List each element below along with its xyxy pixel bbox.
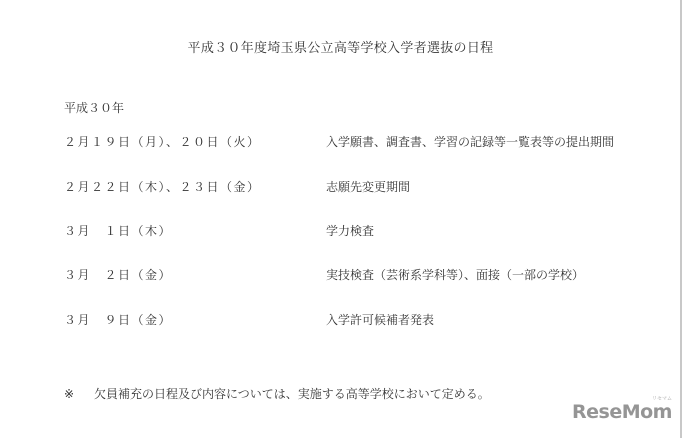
document-title: 平成３０年度埼玉県公立高等学校入学者選抜の日程 bbox=[0, 37, 681, 56]
schedule-date: ３月 ９日（金） bbox=[64, 311, 172, 328]
schedule-event: 志願先変更期間 bbox=[326, 178, 410, 195]
schedule-event: 入学願書、調査書、学習の記録等一覧表等の提出期間 bbox=[326, 133, 614, 150]
schedule-event: 実技検査（芸術系学科等）、面接（一部の学校） bbox=[326, 266, 584, 283]
schedule-row: ２月１９日（月）、２０日（火） 入学願書、調査書、学習の記録等一覧表等の提出期間 bbox=[0, 133, 681, 149]
resemom-watermark-logo: ReseMom リセマム bbox=[572, 401, 672, 423]
watermark-sub: リセマム bbox=[652, 395, 672, 402]
schedule-date: ２月２２日（木）、２３日（金） bbox=[64, 178, 261, 195]
schedule-event: 入学許可候補者発表 bbox=[326, 311, 434, 328]
era-label: 平成３０年 bbox=[64, 99, 124, 116]
schedule-event: 学力検査 bbox=[326, 222, 374, 239]
schedule-row: ２月２２日（木）、２３日（金） 志願先変更期間 bbox=[0, 178, 681, 194]
footnote-text: 欠員補充の日程及び内容については、実施する高等学校において定める。 bbox=[94, 387, 490, 401]
schedule-row: ３月 ９日（金） 入学許可候補者発表 bbox=[0, 311, 681, 327]
schedule-date: ３月 ２日（金） bbox=[64, 266, 172, 283]
reference-mark-icon: ※ bbox=[64, 387, 94, 401]
watermark-brand: ReseMom bbox=[572, 401, 672, 423]
schedule-row: ３月 １日（木） 学力検査 bbox=[0, 222, 681, 238]
footnote: ※欠員補充の日程及び内容については、実施する高等学校において定める。 bbox=[64, 385, 490, 402]
document-page: 平成３０年度埼玉県公立高等学校入学者選抜の日程 平成３０年 ２月１９日（月）、２… bbox=[0, 0, 681, 438]
schedule-row: ３月 ２日（金） 実技検査（芸術系学科等）、面接（一部の学校） bbox=[0, 266, 681, 282]
schedule-date: ２月１９日（月）、２０日（火） bbox=[64, 133, 261, 150]
schedule-date: ３月 １日（木） bbox=[64, 222, 172, 239]
